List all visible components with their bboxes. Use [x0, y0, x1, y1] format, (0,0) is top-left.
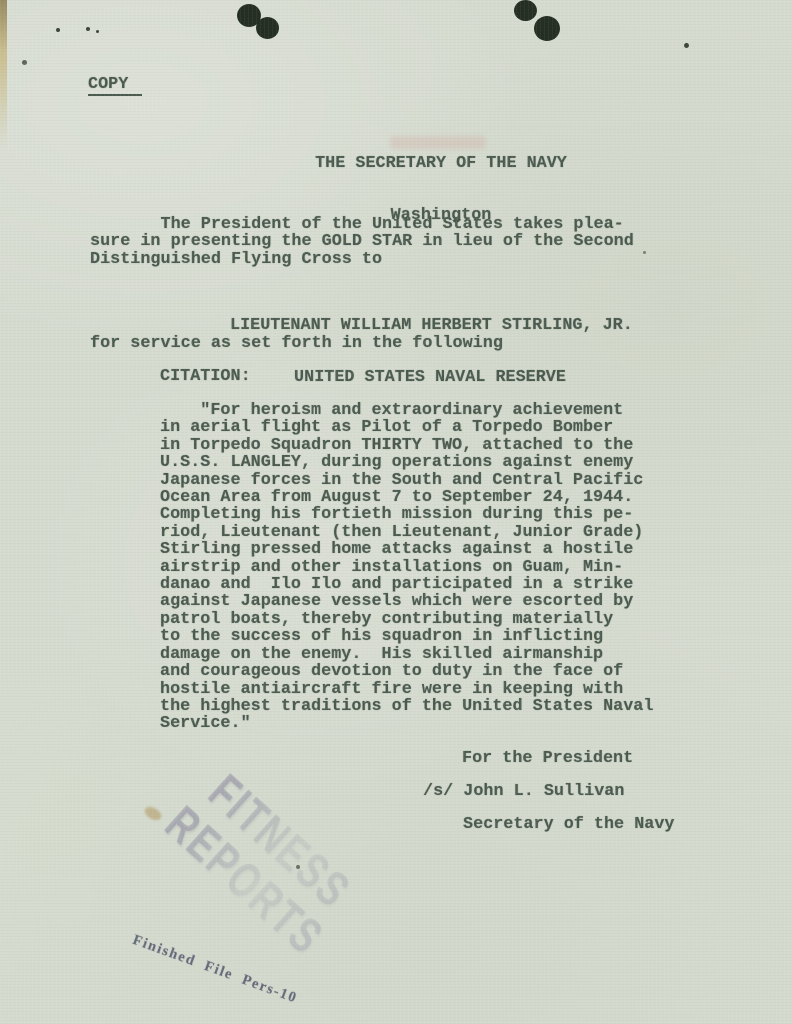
ink-speck	[56, 28, 60, 32]
service-line: for service as set forth in the followin…	[90, 335, 503, 352]
scan-edge-artifact	[0, 0, 7, 150]
ink-blot	[534, 16, 560, 41]
ink-speck	[96, 30, 99, 33]
ink-speck	[684, 43, 689, 48]
intro-paragraph: The President of the United States takes…	[90, 216, 634, 268]
scanned-letter-page: COPY THE SECRETARY OF THE NAVY Washingto…	[0, 0, 792, 1024]
letterhead-title: THE SECRETARY OF THE NAVY	[315, 155, 567, 172]
citation-text: "For heroism and extraordinary achieveme…	[160, 402, 653, 733]
ink-blot	[514, 0, 537, 21]
signature-name: /s/ John L. Sullivan	[423, 783, 624, 800]
ink-speck	[22, 60, 27, 65]
signature-for-line: For the President	[462, 750, 633, 767]
ink-speck	[643, 251, 646, 254]
copy-label: COPY	[88, 76, 142, 96]
ink-speck	[86, 27, 90, 31]
ink-blot	[256, 17, 279, 39]
signature-title: Secretary of the Navy	[463, 816, 674, 833]
recipient-service: UNITED STATES NAVAL RESERVE	[230, 369, 630, 386]
citation-label: CITATION:	[160, 368, 251, 385]
recipient-name: LIEUTENANT WILLIAM HERBERT STIRLING, JR.	[230, 317, 630, 334]
